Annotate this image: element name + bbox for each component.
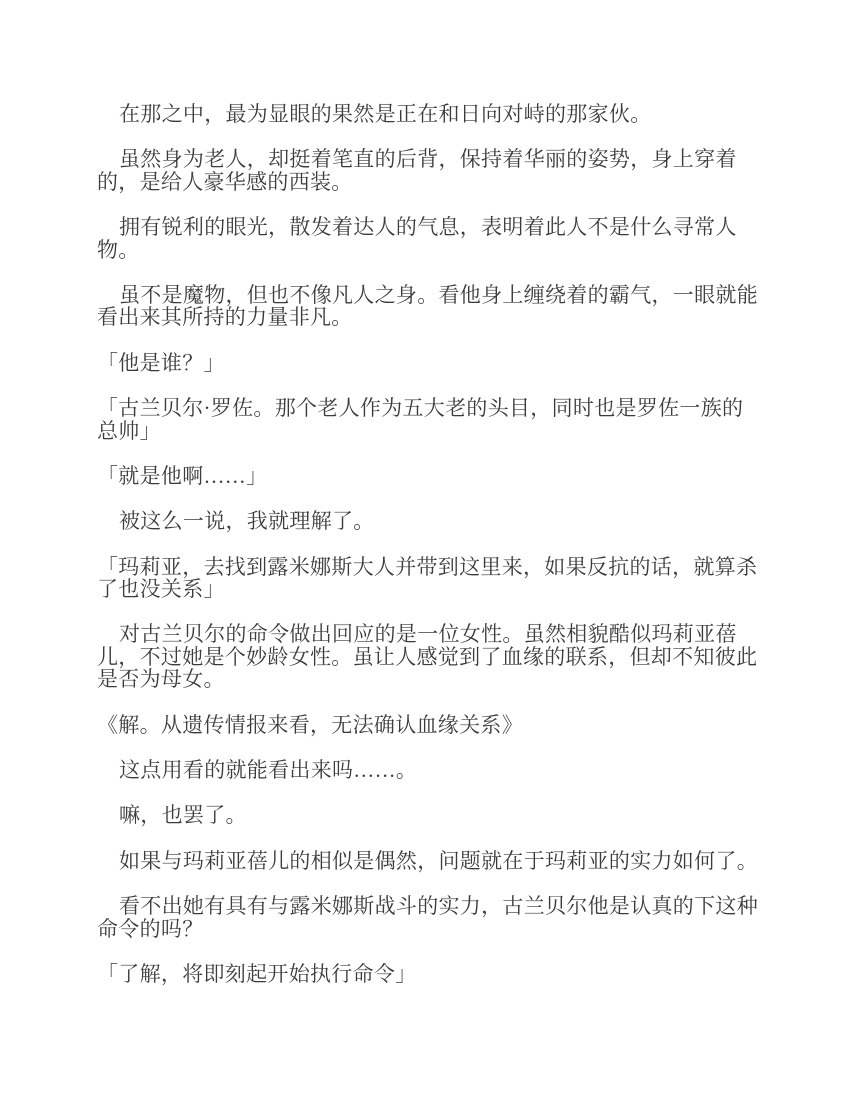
text-line: 对古兰贝尔的命令做出回应的是一位女性。虽然相貌酷似玛莉亚蓓 <box>97 623 758 645</box>
text-line: 虽然身为老人，却挺着笔直的后背，保持着华丽的姿势，身上穿着 <box>97 148 758 170</box>
paragraph-narrative: 拥有锐利的眼光，散发着达人的气息，表明着此人不是什么寻常人物。 <box>97 216 758 261</box>
paragraph-narrative: 这点用看的就能看出来吗……。 <box>97 759 758 781</box>
text-line: 「就是他啊……」 <box>97 465 758 487</box>
text-line: 拥有锐利的眼光，散发着达人的气息，表明着此人不是什么寻常人 <box>97 216 758 238</box>
paragraph-dialogue: 《解。从遗传情报来看，无法确认血缘关系》 <box>97 714 758 736</box>
text-line: 了也没关系」 <box>97 578 758 600</box>
paragraph-narrative: 看不出她有具有与露米娜斯战斗的实力，古兰贝尔他是认真的下这种命令的吗？ <box>97 895 758 940</box>
text-line: 的，是给人豪华感的西装。 <box>97 171 758 193</box>
paragraph-dialogue: 「古兰贝尔·罗佐。那个老人作为五大老的头目，同时也是罗佐一族的总帅」 <box>97 397 758 442</box>
text-line: 看出来其所持的力量非凡。 <box>97 306 758 328</box>
paragraph-narrative: 被这么一说，我就理解了。 <box>97 510 758 532</box>
paragraph-narrative: 如果与玛莉亚蓓儿的相似是偶然，问题就在于玛莉亚的实力如何了。 <box>97 850 758 872</box>
text-line: 《解。从遗传情报来看，无法确认血缘关系》 <box>97 714 758 736</box>
text-line: 虽不是魔物，但也不像凡人之身。看他身上缠绕着的霸气，一眼就能 <box>97 284 758 306</box>
text-line: 如果与玛莉亚蓓儿的相似是偶然，问题就在于玛莉亚的实力如何了。 <box>97 850 758 872</box>
text-line: 在那之中，最为显眼的果然是正在和日向对峙的那家伙。 <box>97 103 758 125</box>
text-line: 这点用看的就能看出来吗……。 <box>97 759 758 781</box>
paragraph-dialogue: 「玛莉亚，去找到露米娜斯大人并带到这里来，如果反抗的话，就算杀了也没关系」 <box>97 556 758 601</box>
paragraph-narrative: 虽然身为老人，却挺着笔直的后背，保持着华丽的姿势，身上穿着的，是给人豪华感的西装… <box>97 148 758 193</box>
paragraph-narrative: 虽不是魔物，但也不像凡人之身。看他身上缠绕着的霸气，一眼就能看出来其所持的力量非… <box>97 284 758 329</box>
paragraph-narrative: 在那之中，最为显眼的果然是正在和日向对峙的那家伙。 <box>97 103 758 125</box>
text-line: 「玛莉亚，去找到露米娜斯大人并带到这里来，如果反抗的话，就算杀 <box>97 556 758 578</box>
page-text: 在那之中，最为显眼的果然是正在和日向对峙的那家伙。虽然身为老人，却挺着笔直的后背… <box>0 0 778 1008</box>
paragraph-narrative: 对古兰贝尔的命令做出回应的是一位女性。虽然相貌酷似玛莉亚蓓儿，不过她是个妙龄女性… <box>97 623 758 690</box>
text-line: 物。 <box>97 239 758 261</box>
text-line: 「他是谁？」 <box>97 352 758 374</box>
paragraph-dialogue: 「他是谁？」 <box>97 352 758 374</box>
page: 在那之中，最为显眼的果然是正在和日向对峙的那家伙。虽然身为老人，却挺着笔直的后背… <box>0 0 850 1100</box>
text-line: 儿，不过她是个妙龄女性。虽让人感觉到了血缘的联系，但却不知彼此 <box>97 646 758 668</box>
text-line: 被这么一说，我就理解了。 <box>97 510 758 532</box>
text-line: 看不出她有具有与露米娜斯战斗的实力，古兰贝尔他是认真的下这种 <box>97 895 758 917</box>
text-line: 嘛，也罢了。 <box>97 804 758 826</box>
text-line: 「了解，将即刻起开始执行命令」 <box>97 963 758 985</box>
text-line: 「古兰贝尔·罗佐。那个老人作为五大老的头目，同时也是罗佐一族的 <box>97 397 758 419</box>
text-line: 是否为母女。 <box>97 668 758 690</box>
text-line: 命令的吗？ <box>97 918 758 940</box>
text-line: 总帅」 <box>97 420 758 442</box>
paragraph-narrative: 嘛，也罢了。 <box>97 804 758 826</box>
paragraph-dialogue: 「就是他啊……」 <box>97 465 758 487</box>
paragraph-dialogue: 「了解，将即刻起开始执行命令」 <box>97 963 758 985</box>
